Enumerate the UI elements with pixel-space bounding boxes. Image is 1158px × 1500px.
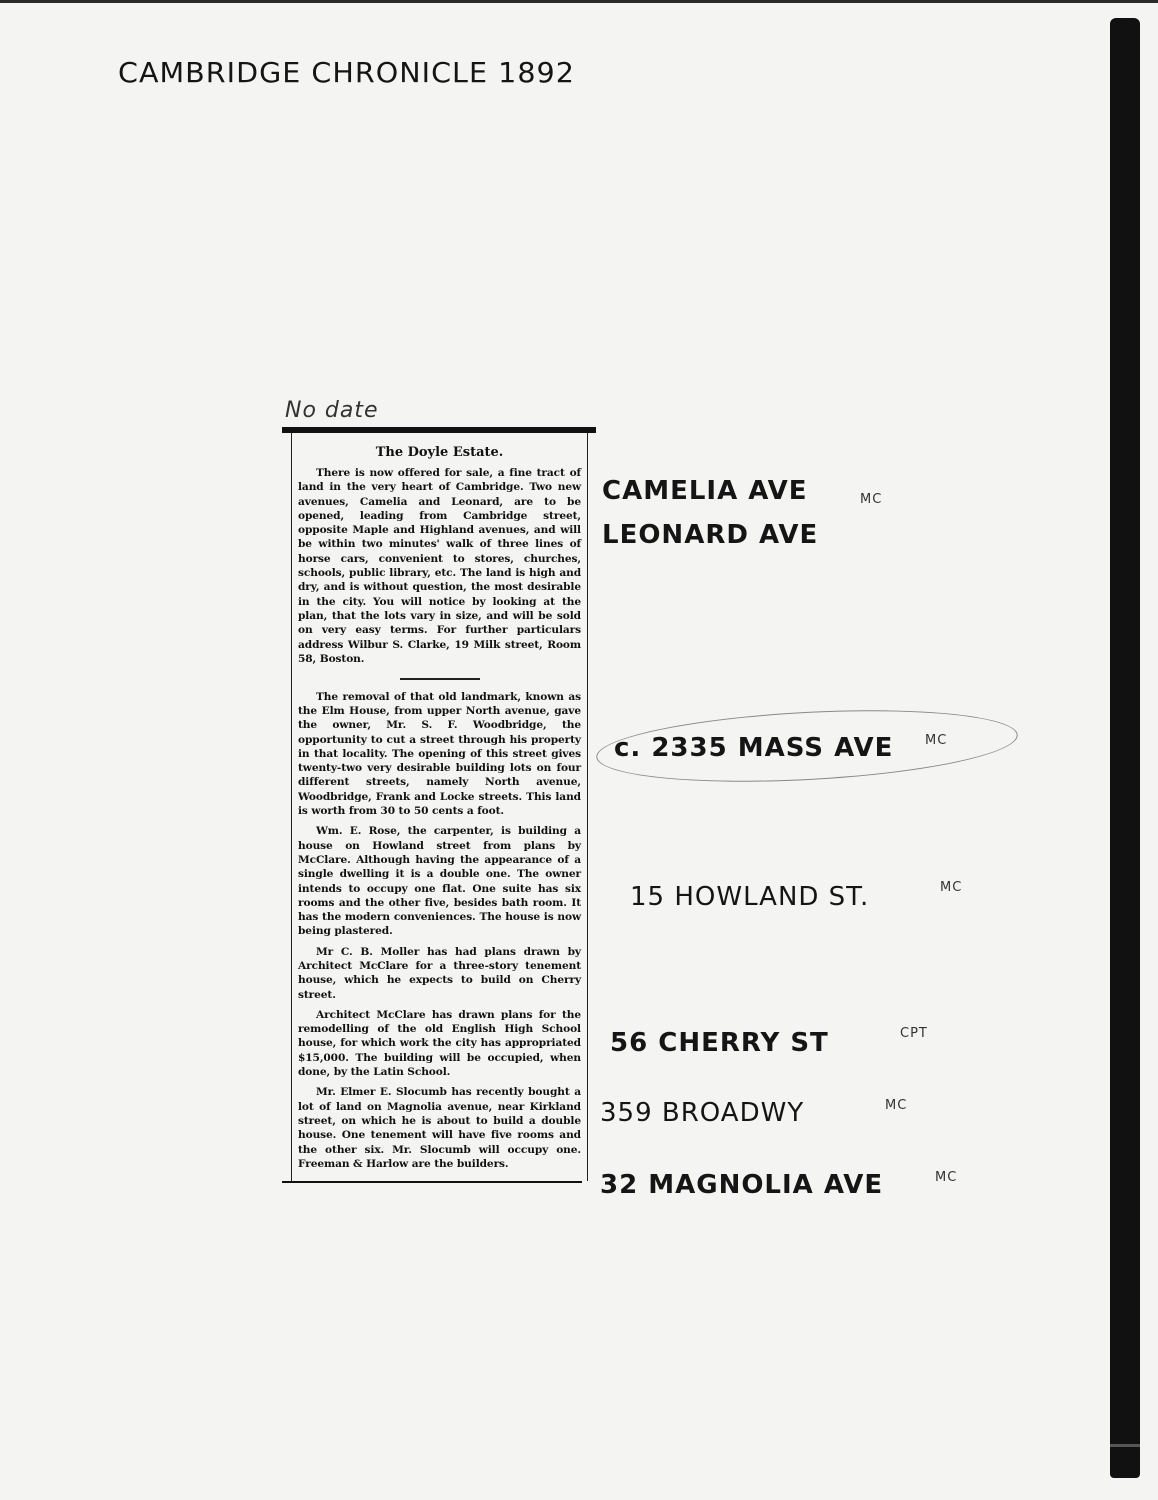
- clipping-column: The Doyle Estate. There is now offered f…: [291, 433, 588, 1181]
- newspaper-clipping: The Doyle Estate. There is now offered f…: [282, 427, 596, 1183]
- annotation-initials: MC: [860, 492, 882, 507]
- annotation-address: 15 HOWLAND ST.: [630, 882, 869, 912]
- annotation-initials: CPT: [900, 1026, 928, 1041]
- article-separator: [400, 678, 480, 680]
- scan-top-edge: [0, 0, 1158, 3]
- date-note: No date: [285, 398, 379, 423]
- annotation-initials: MC: [925, 733, 947, 748]
- article-paragraph-doyle-estate: There is now offered for sale, a fine tr…: [298, 466, 581, 666]
- article-paragraph-high-school: Architect McClare has drawn plans for th…: [298, 1008, 581, 1079]
- annotation-address: 32 MAGNOLIA AVE: [600, 1170, 883, 1200]
- scan-bar-streak: [1110, 1444, 1140, 1447]
- annotation-initials: MC: [885, 1098, 907, 1113]
- annotation-address: CAMELIA AVE: [602, 476, 808, 506]
- handwritten-title: CAMBRIDGE CHRONICLE 1892: [118, 56, 575, 89]
- article-paragraph-elm-house: The removal of that old landmark, known …: [298, 690, 581, 819]
- article-paragraph-slocumb-house: Mr. Elmer E. Slocumb has recently bought…: [298, 1085, 581, 1171]
- annotation-address: 56 CHERRY ST: [610, 1028, 829, 1058]
- clipping-bottom-rule: [282, 1181, 582, 1183]
- annotation-address: c. 2335 MASS AVE: [614, 733, 893, 763]
- article-paragraph-rose-house: Wm. E. Rose, the carpenter, is building …: [298, 824, 581, 938]
- annotation-initials: MC: [935, 1170, 957, 1185]
- article-heading: The Doyle Estate.: [298, 445, 581, 460]
- annotation-address: LEONARD AVE: [602, 520, 818, 550]
- scan-binding-bar: [1110, 18, 1140, 1478]
- annotation-address: 359 BROADWY: [600, 1098, 804, 1128]
- article-paragraph-moller-tenement: Mr C. B. Moller has had plans drawn by A…: [298, 945, 581, 1002]
- annotation-initials: MC: [940, 880, 962, 895]
